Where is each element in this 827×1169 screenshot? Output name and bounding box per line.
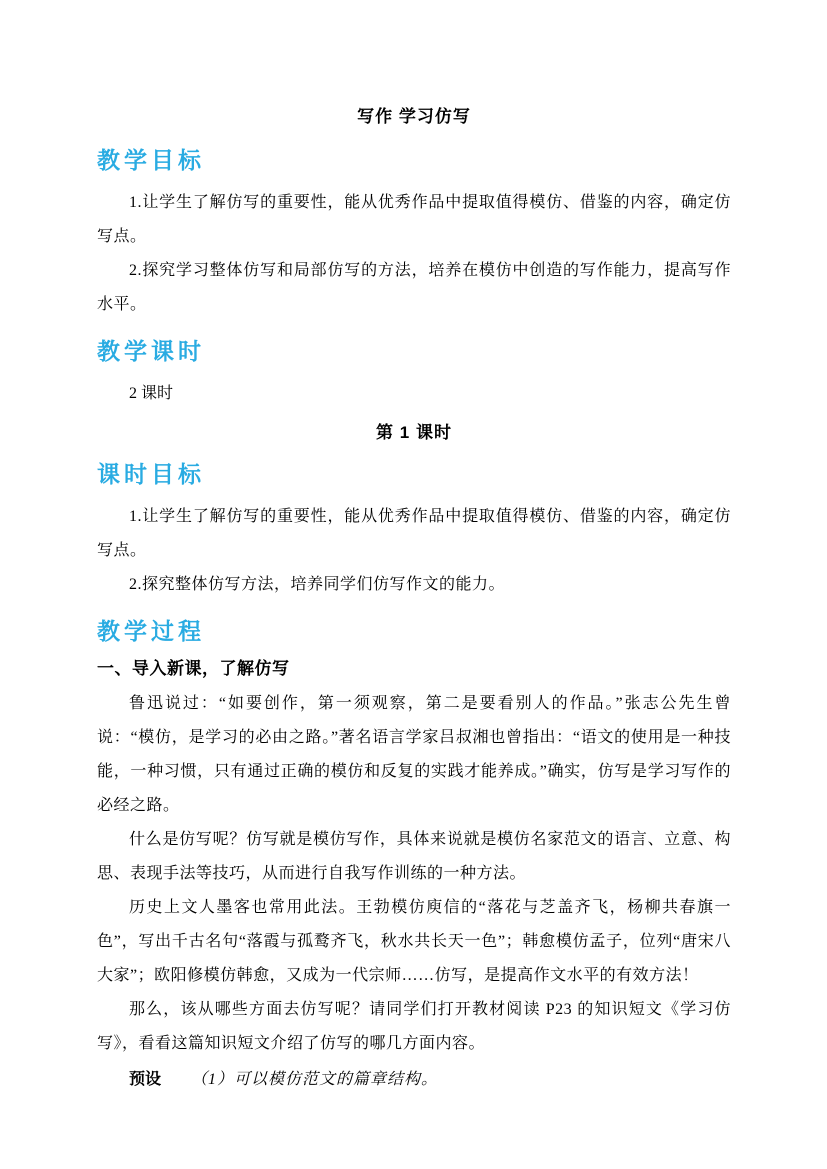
section-heading-teaching-process: 教学过程 — [97, 616, 731, 646]
process-paragraph-1: 鲁迅说过：“如要创作，第一须观察，第二是要看别人的作品。”张志公先生曾说：“模仿… — [97, 687, 731, 823]
teaching-goal-item-1: 1.让学生了解仿写的重要性，能从优秀作品中提取值得模仿、借鉴的内容，确定仿写点。 — [97, 186, 731, 254]
section-heading-teaching-periods: 教学课时 — [97, 336, 731, 366]
process-paragraph-4: 那么，该从哪些方面去仿写呢？请同学们打开教材阅读 P23 的知识短文《学习仿写》… — [97, 993, 731, 1061]
period-goal-item-1: 1.让学生了解仿写的重要性，能从优秀作品中提取值得模仿、借鉴的内容，确定仿写点。 — [97, 500, 731, 568]
period1-subtitle: 第 1 课时 — [97, 421, 731, 445]
teaching-periods-value: 2 课时 — [97, 377, 731, 411]
process-step1-heading: 一、导入新课，了解仿写 — [97, 657, 731, 681]
section-heading-teaching-goals: 教学目标 — [97, 145, 731, 175]
doc-title: 写作 学习仿写 — [97, 105, 731, 129]
teaching-goal-item-2: 2.探究学习整体仿写和局部仿写的方法，培养在模仿中创造的写作能力，提高写作水平。 — [97, 254, 731, 322]
document-page: 写作 学习仿写 教学目标 1.让学生了解仿写的重要性，能从优秀作品中提取值得模仿… — [0, 0, 827, 1169]
preset-label: 预设 — [129, 1071, 161, 1088]
period-goal-item-2: 2.探究整体仿写方法，培养同学们仿写作文的能力。 — [97, 568, 731, 602]
preset-line: 预设（1）可以模仿范文的篇章结构。 — [97, 1063, 731, 1097]
process-paragraph-2: 什么是仿写呢？仿写就是模仿写作，具体来说就是模仿名家范文的语言、立意、构思、表现… — [97, 823, 731, 891]
section-heading-period-goals: 课时目标 — [97, 459, 731, 489]
preset-text: （1）可以模仿范文的篇章结构。 — [191, 1071, 438, 1088]
process-paragraph-3: 历史上文人墨客也常用此法。王勃模仿庾信的“落花与芝盖齐飞，杨柳共春旗一色”，写出… — [97, 891, 731, 993]
document-content: 写作 学习仿写 教学目标 1.让学生了解仿写的重要性，能从优秀作品中提取值得模仿… — [0, 0, 827, 1097]
